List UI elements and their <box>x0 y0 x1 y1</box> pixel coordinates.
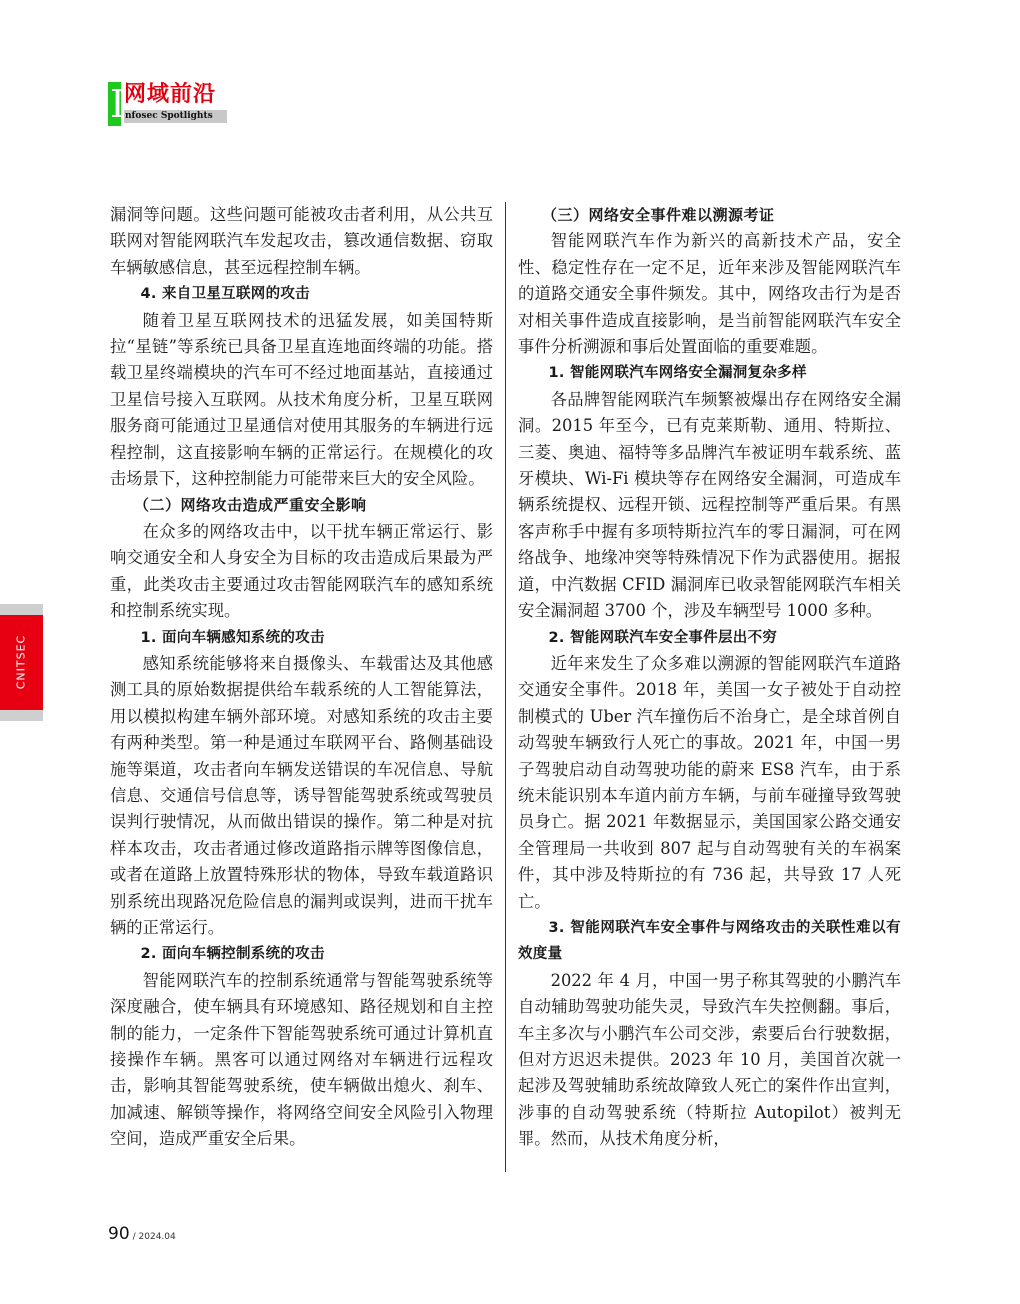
side-tab-grey-top <box>0 604 43 615</box>
side-tab-grey-bottom <box>0 710 43 721</box>
section-title: 网域前沿 <box>124 82 216 108</box>
paragraph: 感知系统能够将来自摄像头、车载雷达及其他感测工具的原始数据提供给车载系统的人工智… <box>110 651 493 941</box>
section-heading: （二）网络攻击造成严重安全影响 <box>110 492 493 518</box>
subsection-heading: 1. 智能网联汽车网络安全漏洞复杂多样 <box>518 360 901 386</box>
left-column: 漏洞等问题。这些问题可能被攻击者利用，从公共互联网对智能网联汽车发起攻击，篡改通… <box>110 202 493 1153</box>
paragraph: 漏洞等问题。这些问题可能被攻击者利用，从公共互联网对智能网联汽车发起攻击，篡改通… <box>110 202 493 281</box>
page-number: 90 <box>108 1224 130 1244</box>
section-heading: （三）网络安全事件难以溯源考证 <box>518 202 901 228</box>
paragraph: 随着卫星互联网技术的迅猛发展，如美国特斯拉“星链”等系统已具备卫星直连地面终端的… <box>110 308 493 493</box>
magazine-section-logo: I 网域前沿 nfosec Spotlights <box>108 82 228 126</box>
subsection-heading: 4. 来自卫星互联网的攻击 <box>110 281 493 307</box>
page-footer: 90/ 2024.04 <box>108 1224 176 1244</box>
paragraph: 各品牌智能网联汽车频繁被爆出存在网络安全漏洞。2015 年至今，已有克莱斯勒、通… <box>518 387 901 625</box>
paragraph: 在众多的网络攻击中，以干扰车辆正常运行、影响交通安全和人身安全为目标的攻击造成后… <box>110 519 493 625</box>
side-tab-label: CNITSEC <box>15 635 28 690</box>
subsection-heading: 3. 智能网联汽车安全事件与网络攻击的关联性难以有效度量 <box>518 915 901 968</box>
column-divider <box>505 202 506 1172</box>
logo-letter-block: I <box>108 82 121 126</box>
paragraph: 2022 年 4 月，中国一男子称其驾驶的小鹏汽车自动辅助驾驶功能失灵，导致汽车… <box>518 968 901 1153</box>
paragraph: 近年来发生了众多难以溯源的智能网联汽车道路交通安全事件。2018 年，美国一女子… <box>518 651 901 915</box>
issue-date: / 2024.04 <box>133 1232 176 1242</box>
subsection-heading: 2. 智能网联汽车安全事件层出不穷 <box>518 625 901 651</box>
logo-letter: I <box>110 84 119 124</box>
paragraph: 智能网联汽车的控制系统通常与智能驾驶系统等深度融合，使车辆具有环境感知、路径规划… <box>110 968 493 1153</box>
section-subtitle: nfosec Spotlights <box>124 110 227 123</box>
right-column: （三）网络安全事件难以溯源考证 智能网联汽车作为新兴的高新技术产品，安全性、稳定… <box>518 202 901 1153</box>
subsection-heading: 1. 面向车辆感知系统的攻击 <box>110 625 493 651</box>
subsection-heading: 2. 面向车辆控制系统的攻击 <box>110 941 493 967</box>
side-tab-cnitsec: CNITSEC <box>0 604 43 721</box>
paragraph: 智能网联汽车作为新兴的高新技术产品，安全性、稳定性存在一定不足，近年来涉及智能网… <box>518 228 901 360</box>
